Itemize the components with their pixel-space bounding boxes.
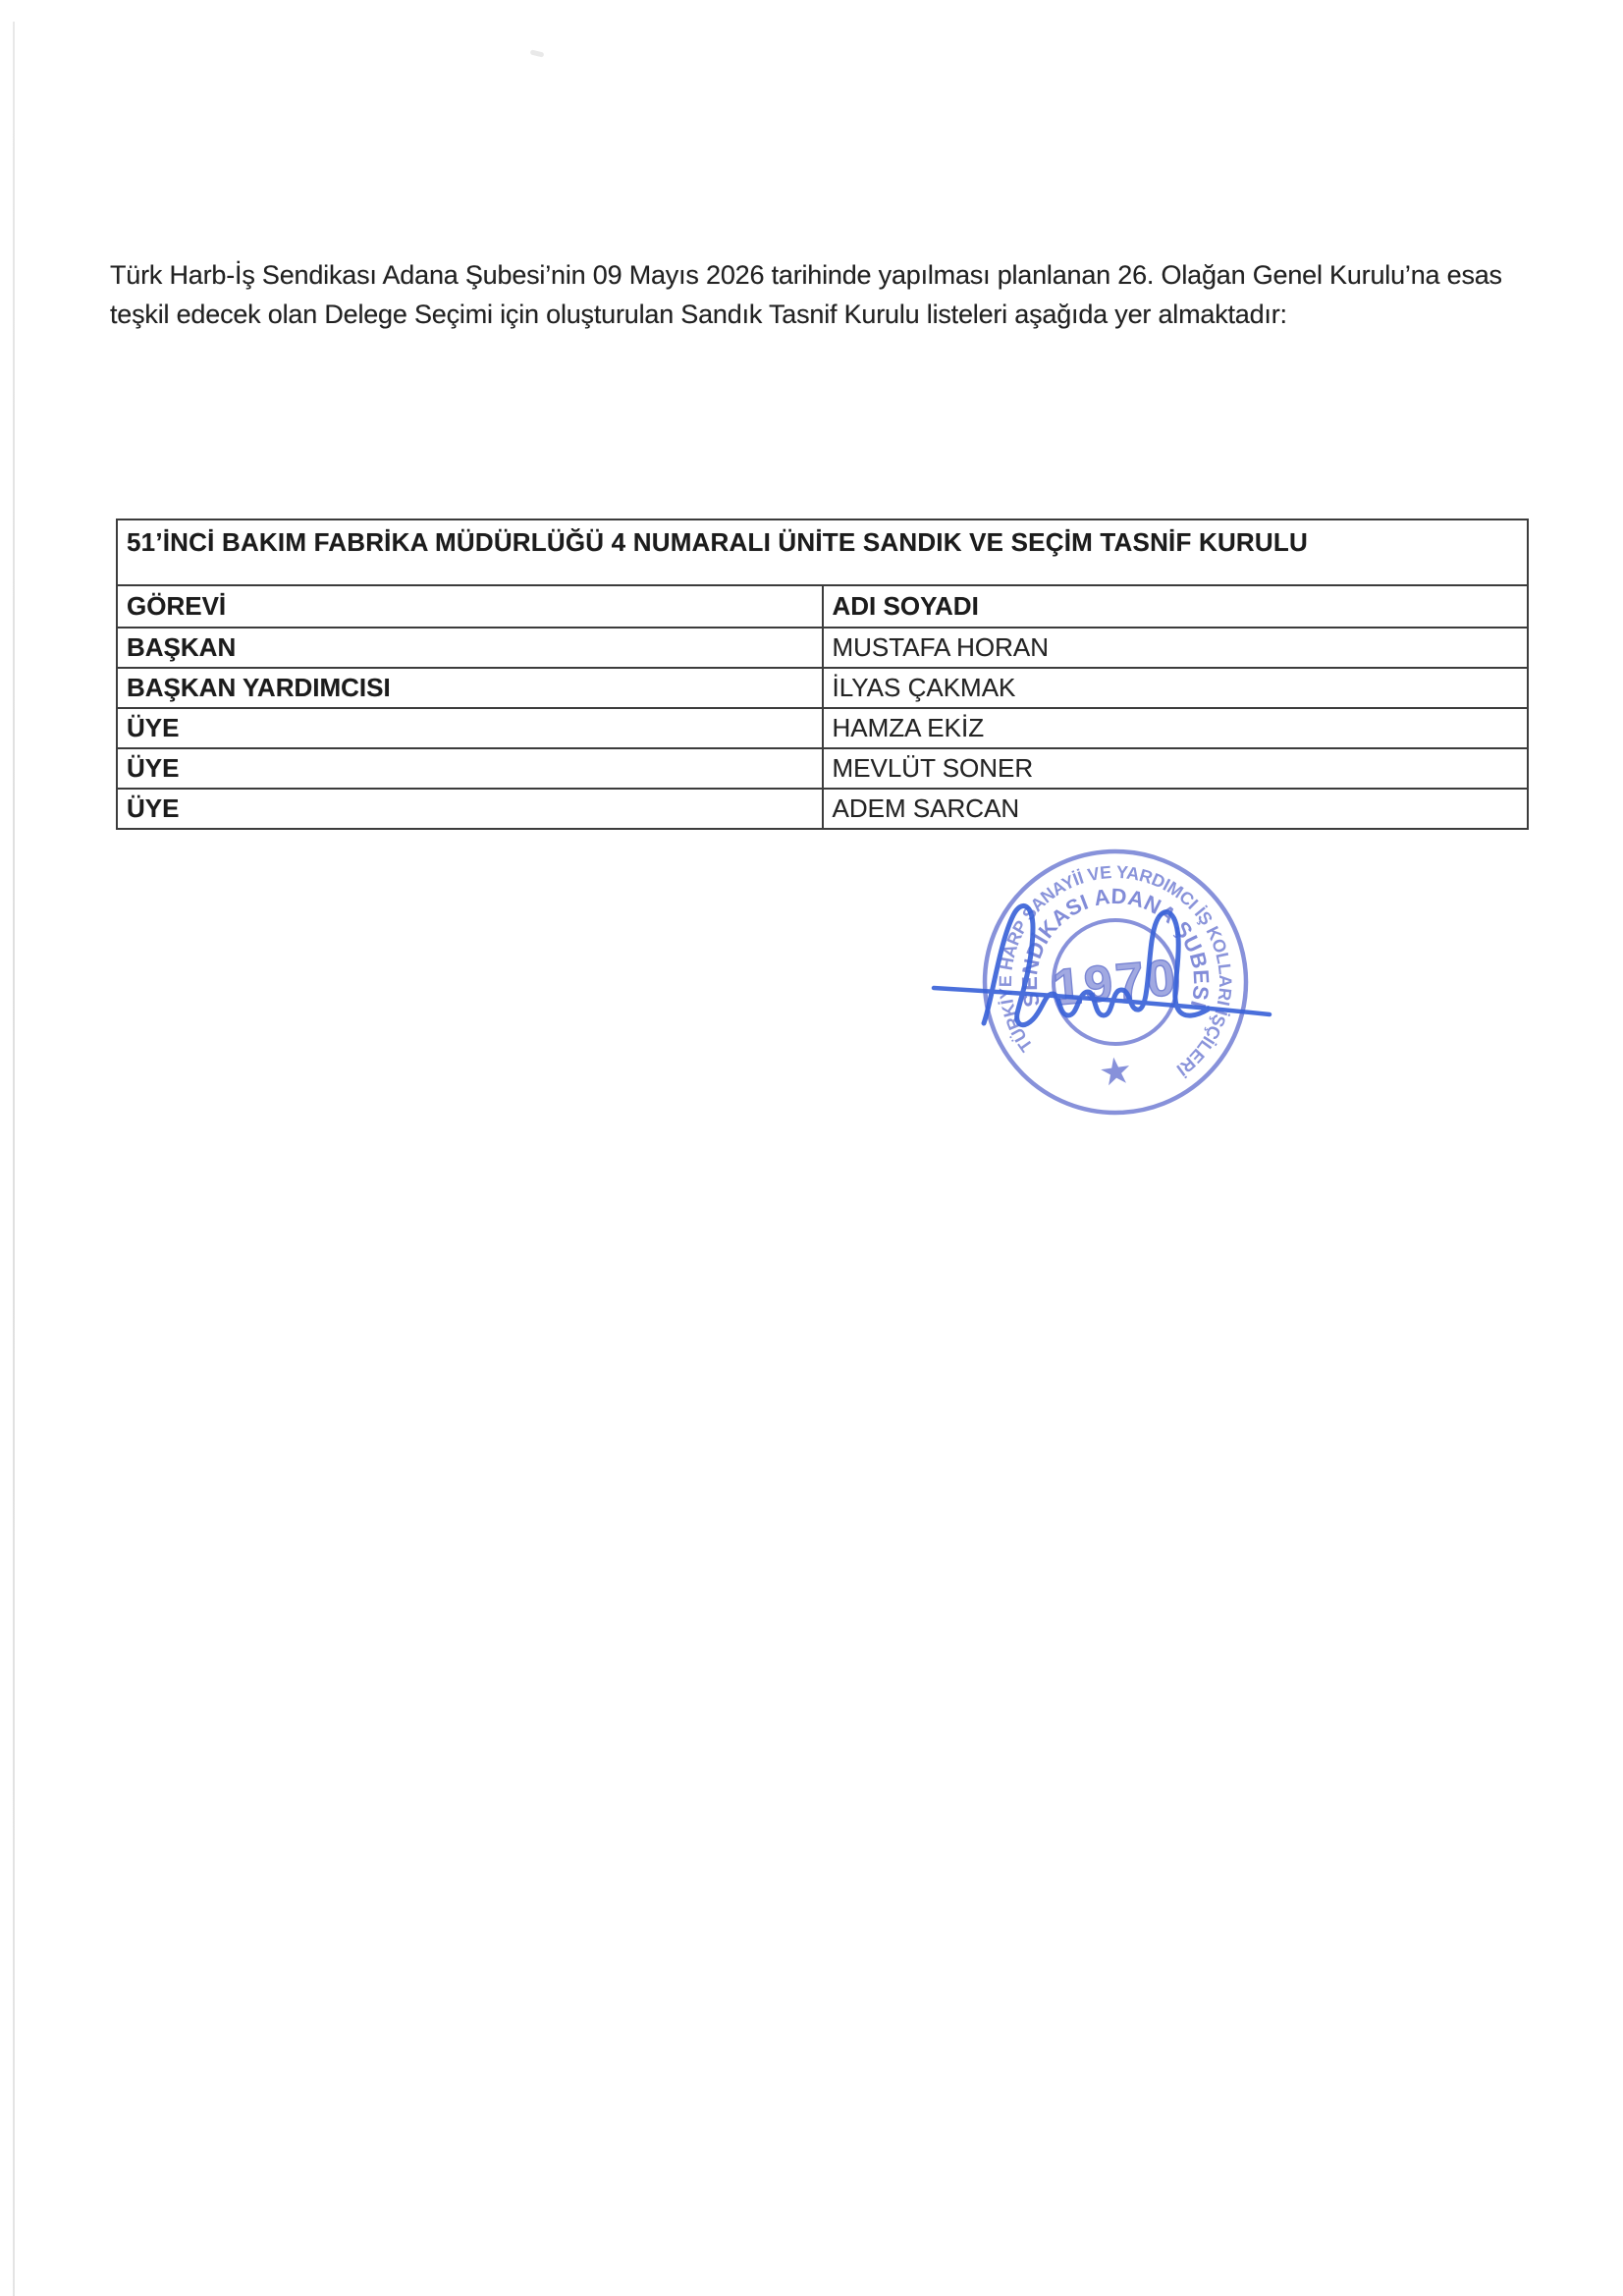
cell-adi-soyadi: MEVLÜT SONER	[823, 748, 1529, 789]
table-title: 51’İNCİ BAKIM FABRİKA MÜDÜRLÜĞÜ 4 NUMARA…	[117, 519, 1528, 585]
table-row: ÜYEHAMZA EKİZ	[117, 708, 1528, 748]
cell-gorevi: BAŞKAN YARDIMCISI	[117, 668, 823, 708]
star-icon: ★	[1096, 1050, 1135, 1095]
cell-gorevi: BAŞKAN	[117, 628, 823, 668]
table-row: BAŞKANMUSTAFA HORAN	[117, 628, 1528, 668]
table-head: 51’İNCİ BAKIM FABRİKA MÜDÜRLÜĞÜ 4 NUMARA…	[117, 519, 1528, 628]
cell-adi-soyadi: MUSTAFA HORAN	[823, 628, 1529, 668]
tasnif-kurulu-table: 51’İNCİ BAKIM FABRİKA MÜDÜRLÜĞÜ 4 NUMARA…	[116, 519, 1529, 830]
signature	[918, 879, 1291, 1056]
table-title-row: 51’İNCİ BAKIM FABRİKA MÜDÜRLÜĞÜ 4 NUMARA…	[117, 519, 1528, 585]
column-header-gorevi: GÖREVİ	[117, 585, 823, 628]
table-row: BAŞKAN YARDIMCISIİLYAS ÇAKMAK	[117, 668, 1528, 708]
cell-adi-soyadi: ADEM SARCAN	[823, 789, 1529, 829]
table-header-row: GÖREVİ ADI SOYADI	[117, 585, 1528, 628]
cell-gorevi: ÜYE	[117, 748, 823, 789]
scanner-dust-speck	[530, 49, 545, 57]
cell-adi-soyadi: HAMZA EKİZ	[823, 708, 1529, 748]
scanner-edge-artifact	[13, 22, 15, 2296]
cell-adi-soyadi: İLYAS ÇAKMAK	[823, 668, 1529, 708]
table-body: BAŞKANMUSTAFA HORANBAŞKAN YARDIMCISIİLYA…	[117, 628, 1528, 829]
table-row: ÜYEADEM SARCAN	[117, 789, 1528, 829]
cell-gorevi: ÜYE	[117, 789, 823, 829]
table-row: ÜYEMEVLÜT SONER	[117, 748, 1528, 789]
intro-paragraph: Türk Harb-İş Sendikası Adana Şubesi’nin …	[110, 255, 1551, 334]
signature-underline	[934, 988, 1270, 1014]
scanned-document-page: { "document": { "intro": "Türk Harb-İş S…	[0, 0, 1623, 2296]
column-header-adi-soyadi: ADI SOYADI	[823, 585, 1529, 628]
cell-gorevi: ÜYE	[117, 708, 823, 748]
